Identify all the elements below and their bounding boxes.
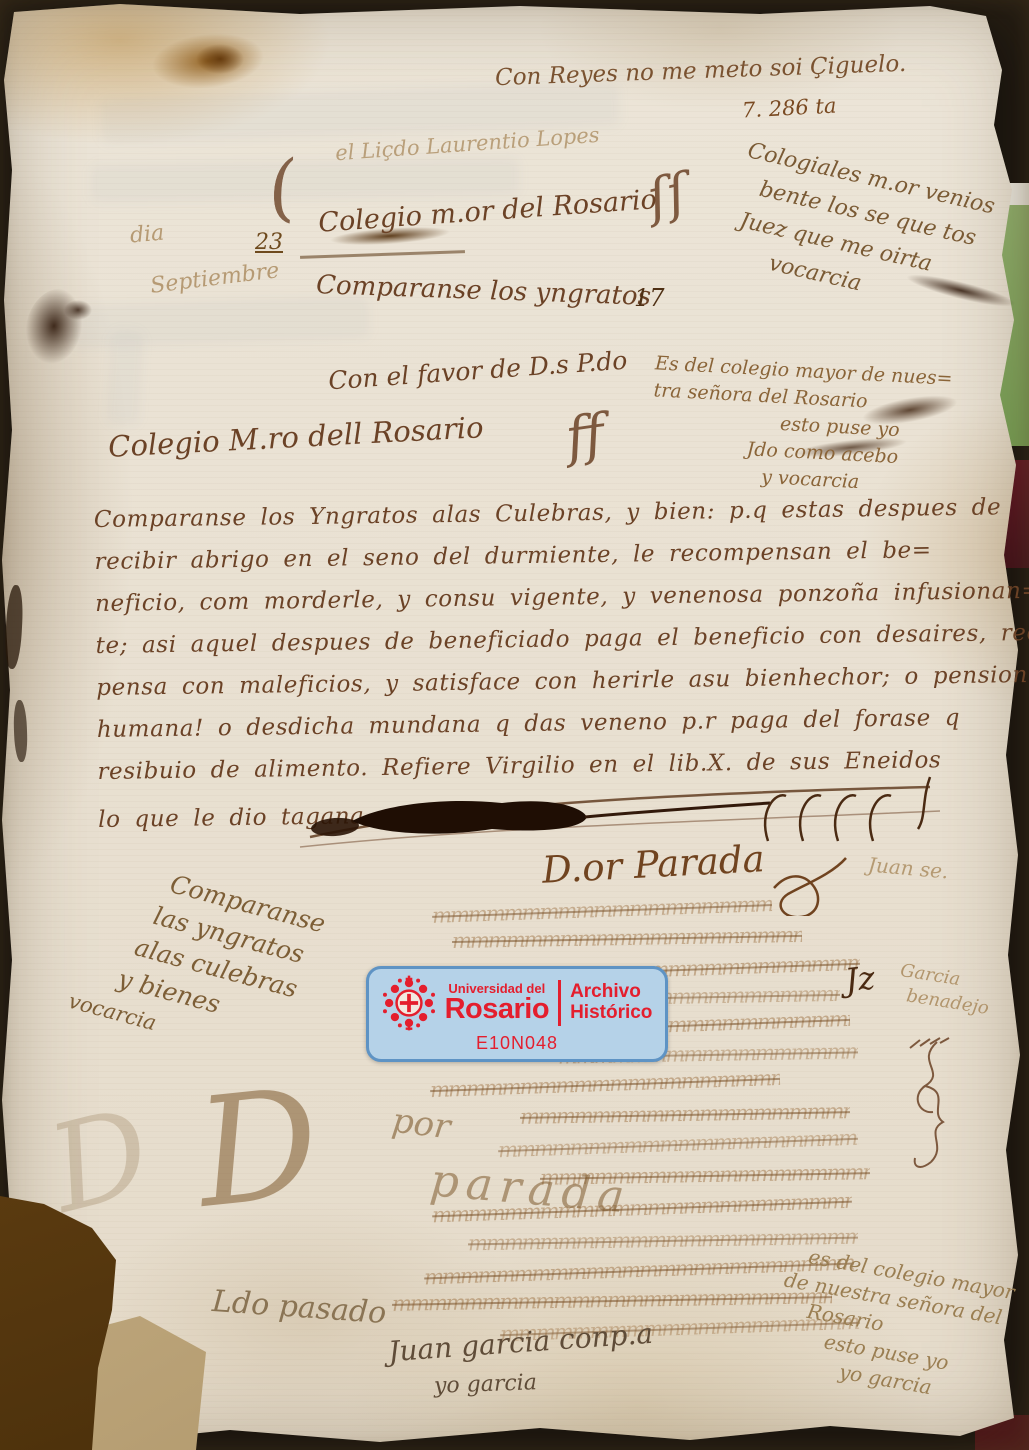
university-name-large: Rosario <box>445 995 549 1024</box>
flourish-letter: D <box>189 1056 327 1242</box>
manuscript-scan: Con Reyes no me meto soi Çiguelo. 7. 286… <box>0 0 1029 1450</box>
flourish-doodle <box>855 1030 965 1180</box>
ink-stain <box>196 44 244 74</box>
margin-day-number: 23 <box>255 230 283 255</box>
bleedthrough-smudge <box>106 329 145 427</box>
jz-mark: Jz <box>843 959 876 1000</box>
bleedthrough-smudge <box>90 156 521 203</box>
label-divider <box>558 980 561 1026</box>
compare-number: 17 <box>634 284 665 312</box>
signature-rubric <box>762 846 852 916</box>
top-number: 7. 286 ta <box>741 94 837 123</box>
flourish-word-por: por <box>390 1101 453 1148</box>
archive-word-2: Histórico <box>570 1003 652 1024</box>
archive-code: E10N048 <box>369 1033 665 1054</box>
archive-label: Universidad del Rosario Archivo Históric… <box>366 966 668 1062</box>
archive-word-1: Archivo <box>570 982 652 1003</box>
bottom-sub: yo garcia <box>434 1370 538 1399</box>
right-note-mid: Es del colegio mayor de nues= tra señora… <box>649 350 953 500</box>
university-crest-icon <box>382 974 436 1032</box>
ink-stain <box>64 300 92 320</box>
margin-day: dia <box>129 221 165 249</box>
